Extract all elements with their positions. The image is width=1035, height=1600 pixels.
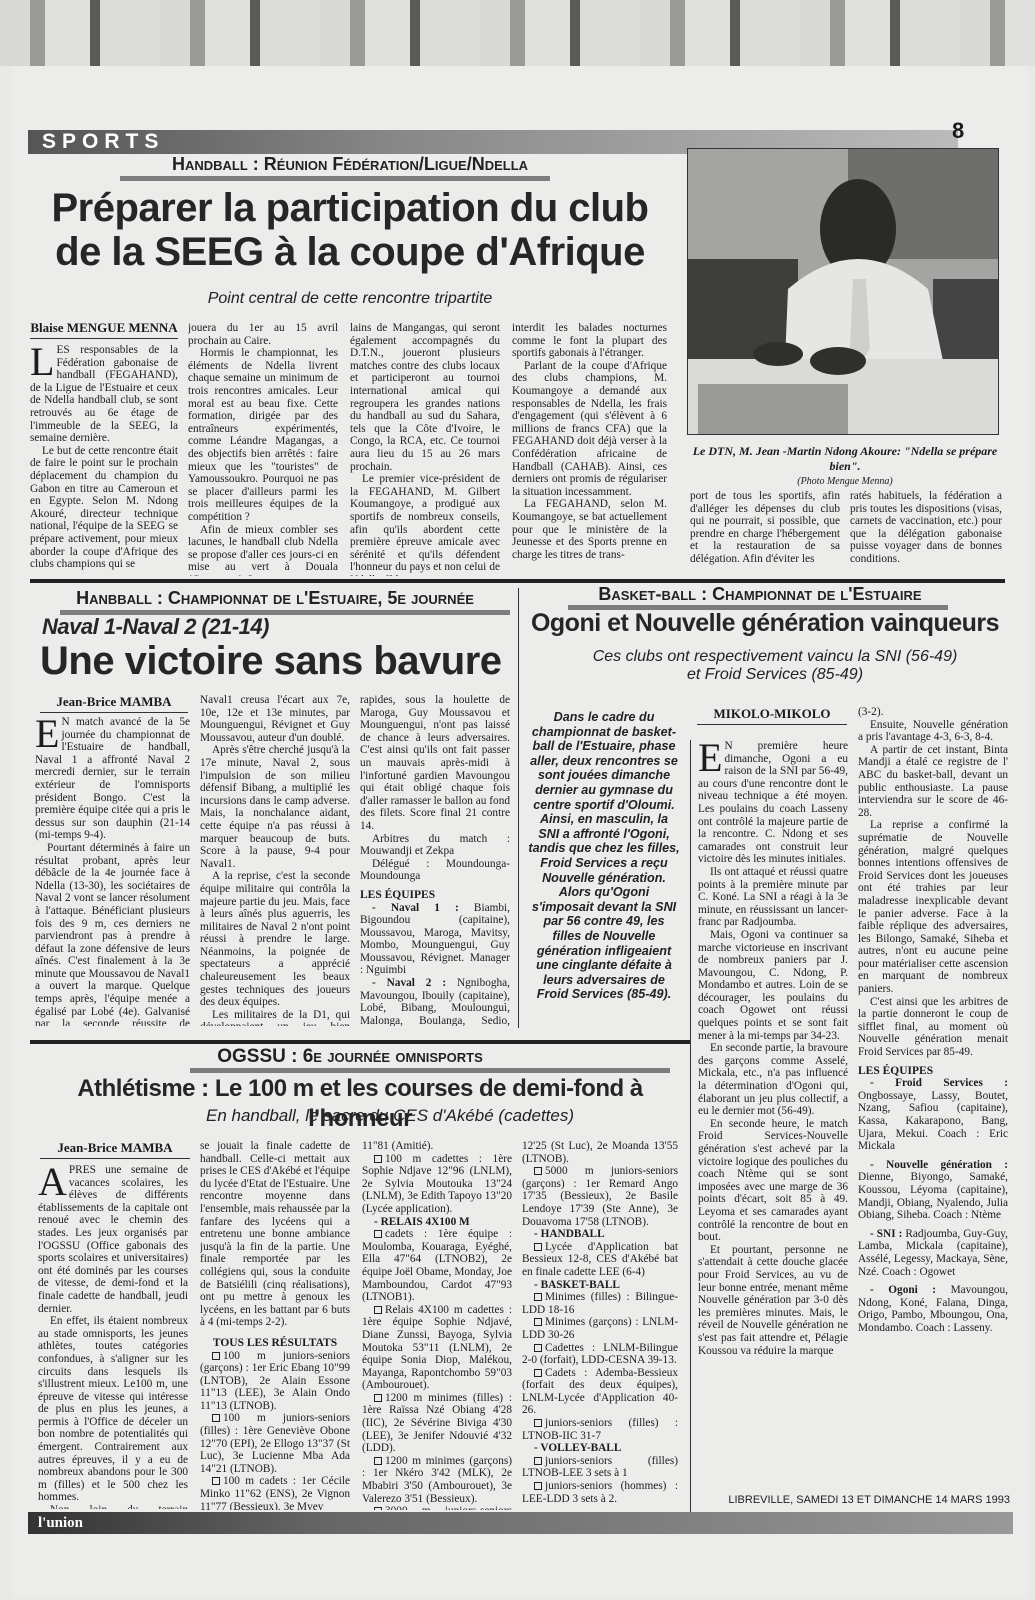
checkbox-bullet-icon <box>534 1457 542 1465</box>
article3-headline: Ogoni et Nouvelle génération vainqueurs <box>525 608 1005 638</box>
result-item: Cadets : Ademba-Bessieux (forfait des de… <box>522 1367 678 1417</box>
paragraph: Non loin du terrain d'athlétisme, sur le… <box>38 1504 188 1509</box>
team-label: - Naval 1 : <box>372 902 459 914</box>
headline-line: Préparer la participation du club <box>30 186 670 230</box>
paragraph: La reprise a confirmé la suprématie de N… <box>858 819 1008 995</box>
article2-headline: Une victoire sans bavure <box>40 638 510 684</box>
article2-byline: Jean-Brice MAMBA <box>40 694 188 713</box>
article2-kicker: Hanbball : Championnat de l'Estuaire, 5e… <box>40 588 510 609</box>
article3-col1: EN première heure dimanche, Ogoni a eu r… <box>698 740 848 1490</box>
paragraph: C'est ainsi que les arbitres de la parti… <box>858 996 1008 1059</box>
result-item: Minimes (garçons) : LNLM-LDD 30-26 <box>522 1316 678 1341</box>
paragraph: Pourtant déterminés à faire un résultat … <box>35 842 190 1026</box>
headline-line: de la SEEG à la coupe d'Afrique <box>30 230 670 274</box>
paragraph: Hormis le championnat, les éléments de N… <box>188 347 338 523</box>
checkbox-bullet-icon <box>534 1243 542 1251</box>
article4-byline: Jean-Brice MAMBA <box>40 1140 190 1159</box>
article1-col5: port de tous les sportifs, afin d'allége… <box>690 490 840 576</box>
results-subheading: - VOLLEY-BALL <box>534 1442 621 1454</box>
article3-kicker: Basket-ball : Championnat de l'Estuaire <box>560 584 960 605</box>
article1-headline: Préparer la participation du club de la … <box>30 186 670 274</box>
section-title: SPORTS <box>42 130 164 154</box>
dropcap: L <box>30 346 54 378</box>
paragraph: A la reprise, c'est la seconde équipe mi… <box>200 870 350 1009</box>
checkbox-bullet-icon <box>212 1352 220 1360</box>
column-rule <box>518 588 519 1028</box>
results-subheading: - BASKET-BALL <box>534 1279 620 1291</box>
result-item: juniors-seniors (hommes) : LEE-LDD 3 set… <box>522 1480 678 1505</box>
team-label: - Froid Services : <box>870 1077 1008 1089</box>
result-item: 3000 m juniors-seniors (filles) : 1ère H… <box>362 1505 512 1510</box>
article2-subhead: Naval 1-Naval 2 (21-14) <box>42 614 342 640</box>
article2-col2: Naval1 creusa l'écart aux 7e, 10e, 12e e… <box>200 694 350 1026</box>
result-item: 100 m juniors-seniors (garçons) : 1er Er… <box>200 1350 350 1412</box>
result-item: 100 m cadettes : 1ère Sophie Ndjave 12"9… <box>362 1153 512 1215</box>
kicker-rule <box>120 176 550 181</box>
results-subheading: - HANDBALL <box>534 1228 605 1240</box>
checkbox-bullet-icon <box>534 1369 542 1377</box>
article1-kicker: Handball : Réunion Fédération/Ligue/Ndel… <box>130 154 570 175</box>
checkbox-bullet-icon <box>212 1414 220 1422</box>
checkbox-bullet-icon <box>374 1230 382 1238</box>
article3-col2: (3-2). Ensuite, Nouvelle génération a pr… <box>858 706 1008 1490</box>
article1-col4: interdit les balades nocturnes comme le … <box>512 322 667 576</box>
paragraph: Le premier vice-président de la FEGAHAND… <box>350 473 500 576</box>
paragraph: interdit les balades nocturnes comme le … <box>512 322 667 360</box>
result-item: Lycée d'Application bat Bessieux 12-8, C… <box>522 1241 678 1278</box>
paragraph: Parlant de la coupe d'Afrique des clubs … <box>512 360 667 499</box>
checkbox-bullet-icon <box>534 1482 542 1490</box>
result-item: 5000 m juniors-seniors (garçons) : 1er R… <box>522 1165 678 1227</box>
result-item: 100 m cadets : 1er Cécile Minko 11"62 (E… <box>200 1475 350 1510</box>
article4-deck: En handball, le sacre du CES d'Akébé (ca… <box>120 1106 660 1126</box>
article1-col2: jouera du 1er au 15 avril prochain au Ca… <box>188 322 338 576</box>
paragraph: jouera du 1er au 15 avril prochain au Ca… <box>188 322 338 347</box>
paragraph: Après s'être cherché jusqu'à la 17e minu… <box>200 744 350 870</box>
footer-band: l'union <box>28 1512 1013 1534</box>
result-item: 1200 m minimes (filles) : 1ère Raïssa Nz… <box>362 1392 512 1454</box>
article1-byline: Blaise MENGUE MENNA <box>30 320 178 339</box>
paragraph: rapides, sous la houlette de Maroga, Guy… <box>360 694 510 833</box>
result-item: cadets : 1ère équipe : Moulomba, Kouarag… <box>362 1228 512 1303</box>
result-item: juniors-seniors (filles) : LTNOB-IIC 31-… <box>522 1417 678 1442</box>
paragraph: En seconde heure, le match Froid Service… <box>698 1118 848 1244</box>
result-item: Cadettes : LNLM-Bilingue 2-0 (forfait), … <box>522 1342 678 1367</box>
checkbox-bullet-icon <box>374 1306 382 1314</box>
scan-top-edge <box>0 0 1035 66</box>
checkbox-bullet-icon <box>374 1457 382 1465</box>
checkbox-bullet-icon <box>534 1318 542 1326</box>
article4-col2: se jouait la finale cadette de handball.… <box>200 1140 350 1510</box>
checkbox-bullet-icon <box>534 1293 542 1301</box>
article3-deck: Ces clubs ont respectivement vaincu la S… <box>540 648 1010 684</box>
checkbox-bullet-icon <box>534 1344 542 1352</box>
results-heading: TOUS LES RÉSULTATS <box>200 1337 350 1350</box>
checkbox-bullet-icon <box>534 1419 542 1427</box>
team-label: - Ogoni : <box>870 1284 936 1296</box>
paragraph: ratés habituels, la fédération a pris to… <box>850 490 1002 566</box>
paragraph: Délégué : Moundounga-Moundounga <box>360 858 510 883</box>
article4-kicker: OGSSU : 6e journée omnisports <box>160 1046 540 1068</box>
article3-intro: Dans le cadre du championnat de basket-b… <box>528 710 680 1002</box>
article2-col3: rapides, sous la houlette de Maroga, Guy… <box>360 694 510 1026</box>
paragraph: En seconde partie, la bravoure des garço… <box>698 1042 848 1118</box>
dropcap: E <box>698 742 722 774</box>
team-roster: Ongbossaye, Lassy, Boutet, Nzang, Safiou… <box>858 1090 1008 1152</box>
masthead: l'union <box>38 1512 83 1534</box>
checkbox-bullet-icon <box>534 1167 542 1175</box>
article1-col6: ratés habituels, la fédération a pris to… <box>850 490 1002 576</box>
paragraph: se jouait la finale cadette de handball.… <box>200 1140 350 1329</box>
paragraph: Afin de mieux combler ses lacunes, le ha… <box>188 524 338 577</box>
team-label: - SNI : <box>870 1228 902 1240</box>
checkbox-bullet-icon <box>212 1477 220 1485</box>
article2-col1: EN match avancé de la 5e journée du cham… <box>35 716 190 1026</box>
result-item: juniors-seniors (filles) LTNOB-LEE 3 set… <box>522 1455 678 1480</box>
paragraph: (3-2). <box>858 706 1008 719</box>
article1-deck: Point central de cette rencontre tripart… <box>150 290 550 308</box>
result-item: Minimes (filles) : Bilingue-LDD 18-16 <box>522 1291 678 1316</box>
team-roster: Dienne, Biyongo, Samaké, Koussou, Léyoma… <box>858 1171 1008 1221</box>
dateline: LIBREVILLE, SAMEDI 13 ET DIMANCHE 14 MAR… <box>690 1494 1010 1506</box>
article4-col4: 12'25 (St Luc), 2e Moanda 13'55 (LTNOB).… <box>522 1140 678 1510</box>
results-subheading: - RELAIS 4X100 M <box>374 1216 470 1228</box>
photo-caption: Le DTN, M. Jean -Martin Ndong Akoure: "N… <box>690 444 1000 474</box>
team-label: - Nouvelle génération : <box>870 1159 1008 1171</box>
result-item: 1200 m minimes (garçons) : 1er Nkéro 3'4… <box>362 1455 512 1505</box>
article4-col1: APRES une semaine de vacances scolaires,… <box>38 1164 188 1509</box>
deck-line: Ces clubs ont respectivement vaincu la S… <box>540 648 1010 666</box>
page-number: 8 <box>952 118 964 144</box>
paragraph: Et pourtant, personne ne s'attendait à c… <box>698 1244 848 1357</box>
paragraph: A partir de cet instant, Binta Mandji a … <box>858 744 1008 820</box>
section-divider <box>30 579 1005 583</box>
paragraph: Le but de cette rencontre était de faire… <box>30 445 178 571</box>
checkbox-bullet-icon <box>374 1155 382 1163</box>
paragraph: En effet, ils étaient nombreux au stade … <box>38 1315 188 1504</box>
article4-col3: 11"81 (Amitié). 100 m cadettes : 1ère So… <box>362 1140 512 1510</box>
paragraph: Mais, Ogoni va continuer sa marche victo… <box>698 929 848 1042</box>
result-item: Relais 4X100 m cadettes : 1ère équipe So… <box>362 1304 512 1392</box>
teams-heading: LES ÉQUIPES <box>858 1065 1008 1078</box>
team-label: - Naval 2 : <box>372 977 446 989</box>
dtn-photo <box>687 148 999 435</box>
kicker-rule <box>190 1068 670 1073</box>
paragraph: La FEGAHAND, selon M. Koumangoye, se bat… <box>512 498 667 561</box>
paragraph: lains de Mangangas, qui seront également… <box>350 322 500 473</box>
dropcap: A <box>38 1166 67 1198</box>
article3-byline: MIKOLO-MIKOLO <box>697 706 847 725</box>
paragraph: Arbitres du match : Mouwandji et Zekpa <box>360 833 510 858</box>
deck-line: et Froid Services (85-49) <box>540 666 1010 684</box>
man-at-desk-photo <box>688 149 999 435</box>
checkbox-bullet-icon <box>374 1394 382 1402</box>
result-item: 100 m juniors-seniors (filles) : 1ère Ge… <box>200 1412 350 1474</box>
checkbox-bullet-icon <box>374 1507 382 1510</box>
article1-col1: LES responsables de la Fédération gabona… <box>30 344 178 576</box>
paragraph: Ils ont attaqué et réussi quatre points … <box>698 866 848 929</box>
paragraph: 12'25 (St Luc), 2e Moanda 13'55 (LTNOB). <box>522 1140 678 1165</box>
paragraph: 11"81 (Amitié). <box>362 1140 512 1153</box>
section-divider <box>30 1040 690 1044</box>
dropcap: E <box>35 718 59 750</box>
article1-col3: lains de Mangangas, qui seront également… <box>350 322 500 576</box>
paragraph: port de tous les sportifs, afin d'allége… <box>690 490 840 566</box>
paragraph: Les militaires de la D1, qui développaie… <box>200 1009 350 1026</box>
photo-credit: (Photo Mengue Menna) <box>690 476 1000 487</box>
paragraph: Ensuite, Nouvelle génération a pris l'av… <box>858 719 1008 744</box>
teams-heading: LES ÉQUIPES <box>360 889 510 902</box>
column-rule <box>690 740 691 1530</box>
paragraph: Naval1 creusa l'écart aux 7e, 10e, 12e e… <box>200 694 350 744</box>
